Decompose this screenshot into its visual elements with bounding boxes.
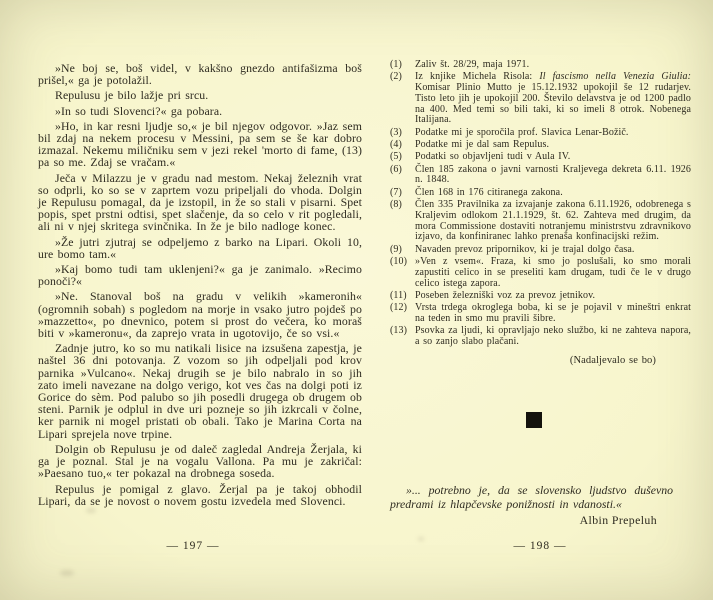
paragraph-6: »Že jutri zjutraj se odpeljemo z barko n… bbox=[38, 236, 362, 260]
footnote-2-book-title: Il fascismo nella Venezia Giulia: bbox=[539, 71, 691, 82]
footnote-number: (3) bbox=[390, 128, 415, 139]
footnote-number: (4) bbox=[390, 140, 415, 151]
footnote-number: (13) bbox=[390, 326, 415, 348]
footnote-number: (10) bbox=[390, 257, 415, 289]
quote-author: Albin Prepeluh bbox=[390, 513, 657, 528]
footnote-text: Podatke mi je sporočila prof. Slavica Le… bbox=[415, 128, 691, 139]
footnote-text: Poseben železniški voz za prevoz jetniko… bbox=[415, 291, 691, 302]
continuation-note: (Nadaljevalo se bo) bbox=[390, 356, 691, 367]
paragraph-11: Repulus je pomigal z glavo. Žerjal pa je… bbox=[38, 483, 362, 507]
footnote-5: (5) Podatki so objavljeni tudi v Aula IV… bbox=[390, 152, 691, 163]
aging-smudge bbox=[60, 570, 74, 576]
footnote-text: Podatki so objavljeni tudi v Aula IV. bbox=[415, 152, 691, 163]
footnote-4: (4) Podatke mi je dal sam Repulus. bbox=[390, 140, 691, 151]
footnote-text: Člen 168 in 176 citiranega zakona. bbox=[415, 188, 691, 199]
paragraph-3: »In so tudi Slovenci?« ga pobara. bbox=[38, 105, 362, 117]
paragraph-2: Repulusu je bilo lažje pri srcu. bbox=[38, 89, 362, 101]
footnote-text: Člen 185 zakona o javni varnosti Kraljev… bbox=[415, 165, 691, 187]
footnote-9: (9) Navaden prevoz pripornikov, ki je tr… bbox=[390, 245, 691, 256]
footnote-12: (12) Vrsta trdega okroglega boba, ki se … bbox=[390, 303, 691, 325]
paragraph-7: »Kaj bomo tudi tam uklenjeni?« ga je zan… bbox=[38, 263, 362, 287]
footnote-number: (1) bbox=[390, 60, 415, 71]
footnote-2-suffix: Komisar Plinio Mutto je 15.12.1932 upoko… bbox=[415, 82, 691, 125]
footnote-number: (7) bbox=[390, 188, 415, 199]
footnote-text: Člen 335 Pravilnika za izvajanje zakona … bbox=[415, 200, 691, 243]
footnote-2-prefix: Iz knjike Michela Risola: bbox=[415, 71, 539, 82]
footnote-6: (6) Člen 185 zakona o javni varnosti Kra… bbox=[390, 165, 691, 187]
footnote-number: (8) bbox=[390, 200, 415, 243]
footnote-number: (5) bbox=[390, 152, 415, 163]
footnote-7: (7) Člen 168 in 176 citiranega zakona. bbox=[390, 188, 691, 199]
page-number-198: — 198 — bbox=[390, 540, 690, 552]
footnote-text: Navaden prevoz pripornikov, ki je trajal… bbox=[415, 245, 691, 256]
footnote-1: (1) Zaliv št. 28/29, maja 1971. bbox=[390, 60, 691, 71]
black-square-mark bbox=[526, 412, 542, 428]
paragraph-5: Ječa v Milazzu je v gradu nad mestom. Ne… bbox=[38, 172, 362, 233]
aging-smudge bbox=[86, 508, 96, 513]
page-number-197: — 197 — bbox=[38, 540, 348, 552]
footnote-text: Podatke mi je dal sam Repulus. bbox=[415, 140, 691, 151]
footnote-number: (2) bbox=[390, 72, 415, 126]
paragraph-8: »Ne. Stanoval boš na gradu v velikih »ka… bbox=[38, 290, 362, 339]
footnote-text: Vrsta trdega okroglega boba, ki se je po… bbox=[415, 303, 691, 325]
paragraph-9: Zadnje jutro, ko so mu natikali lisice n… bbox=[38, 342, 362, 440]
aging-smudge bbox=[418, 537, 424, 541]
footnote-text: Zaliv št. 28/29, maja 1971. bbox=[415, 60, 691, 71]
footnote-10: (10) »Ven z vsem«. Fraza, ki smo jo posl… bbox=[390, 257, 691, 289]
footnote-3: (3) Podatke mi je sporočila prof. Slavic… bbox=[390, 128, 691, 139]
footnotes-list: (1) Zaliv št. 28/29, maja 1971. (2) Iz k… bbox=[390, 60, 691, 367]
footnote-text: Iz knjike Michela Risola: Il fascismo ne… bbox=[415, 72, 691, 126]
paragraph-4: »Ho, in kar resni ljudje so,« je bil nje… bbox=[38, 120, 362, 169]
paragraph-10: Dolgin ob Repulusu je od daleč zagledal … bbox=[38, 443, 362, 480]
footnote-number: (6) bbox=[390, 165, 415, 187]
paragraph-1: »Ne boj se, boš videl, v kakšno gnezdo a… bbox=[38, 62, 362, 86]
footnote-13: (13) Psovka za ljudi, ki opravljajo neko… bbox=[390, 326, 691, 348]
footnote-number: (12) bbox=[390, 303, 415, 325]
footnote-8: (8) Člen 335 Pravilnika za izvajanje zak… bbox=[390, 200, 691, 243]
page-197-body: »Ne boj se, boš videl, v kakšno gnezdo a… bbox=[38, 62, 362, 510]
book-spread: »Ne boj se, boš videl, v kakšno gnezdo a… bbox=[0, 0, 713, 600]
footnote-text: Psovka za ljudi, ki opravljajo neko služ… bbox=[415, 326, 691, 348]
footnote-number: (9) bbox=[390, 245, 415, 256]
footnote-text: »Ven z vsem«. Fraza, ki smo jo poslušali… bbox=[415, 257, 691, 289]
footnote-11: (11) Poseben železniški voz za prevoz je… bbox=[390, 291, 691, 302]
closing-quote: »... potrebno je, da se slovensko ljudst… bbox=[390, 484, 673, 511]
footnote-2: (2) Iz knjike Michela Risola: Il fascism… bbox=[390, 72, 691, 126]
footnote-number: (11) bbox=[390, 291, 415, 302]
